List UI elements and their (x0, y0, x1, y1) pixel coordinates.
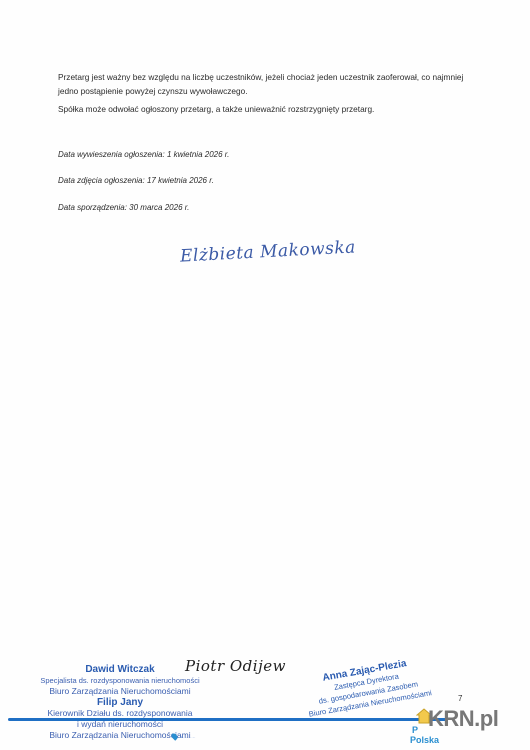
stamp-office: Biuro Zarządzania Nieruchomościami (25, 686, 215, 697)
krn-logo: KRN.pl (428, 706, 498, 732)
polska-logo: Polska (410, 735, 439, 745)
brand-letter: P (412, 725, 418, 735)
handwritten-signature-2: Piotr Odijew (185, 657, 286, 675)
paragraph-cancellation: Spółka może odwołać ogłoszony przetarg, … (58, 102, 478, 116)
footer-address: ul. ... ... ... (180, 735, 195, 739)
footer-divider (8, 718, 448, 721)
stamp-name-2: Filip Jany (25, 697, 215, 708)
stamp-left: Dawid Witczak Specjalista ds. rozdyspono… (25, 664, 215, 741)
paragraph-validity: Przetarg jest ważny bez względu na liczb… (58, 70, 478, 98)
handwritten-signature: Elżbieta Makowska (180, 237, 357, 266)
document-page: Przetarg jest ważny bez względu na liczb… (0, 0, 530, 750)
date-posted: Data wywieszenia ogłoszenia: 1 kwietnia … (58, 150, 229, 159)
stamp-role: Specjalista ds. rozdysponowania nierucho… (25, 675, 215, 686)
date-prepared: Data sporządzenia: 30 marca 2026 r. (58, 203, 189, 212)
page-number: 7 (458, 694, 462, 703)
date-removed: Data zdjęcia ogłoszenia: 17 kwietnia 202… (58, 176, 214, 185)
